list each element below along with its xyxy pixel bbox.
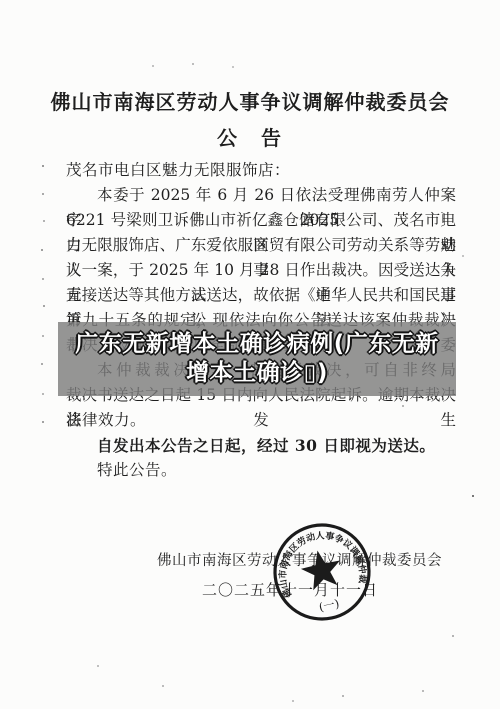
- document-line: 力无限服饰店、广东爱依服商贸有限公司劳动关系等劳动人事争: [66, 233, 456, 258]
- news-headline-line1: 广东无新增本土确诊病例(广东无新: [75, 330, 439, 359]
- notice-title: 公 告: [40, 122, 460, 151]
- news-headline: 广东无新增本土确诊病例(广东无新 增本土确诊▯): [75, 330, 439, 388]
- document-line: 直接送达等其他方式送达，故依据《中华人民共和国民事诉讼法》: [66, 283, 456, 308]
- committee-title: 佛山市南海区劳动人事争议调解仲裁委员会: [40, 86, 460, 115]
- document-line: 本委于 2025 年 6 月 26 日依法受理佛南劳人仲案字〔2025〕: [66, 183, 456, 208]
- notice-body: 茂名市电白区魅力无限服饰店：本委于 2025 年 6 月 26 日依法受理佛南劳…: [66, 158, 456, 483]
- seal-star: [298, 546, 345, 591]
- official-seal: 佛山市南海区劳动人事争议调解仲裁委员会 (一): [257, 507, 387, 637]
- scanned-notice-page: 佛山市南海区劳动人事争议调解仲裁委员会 公 告 茂名市电白区魅力无限服饰店：本委…: [0, 0, 500, 709]
- seal-graphic: 佛山市南海区劳动人事争议调解仲裁委员会 (一): [257, 507, 387, 637]
- document-line: 议一案，于 2025 年 10 月 28 日作出裁决。因受送达人无法通过: [66, 258, 456, 283]
- scan-noise: [42, 165, 44, 167]
- notice-header: 佛山市南海区劳动人事争议调解仲裁委员会 公 告: [40, 86, 460, 151]
- document-line: 自发出本公告之日起，经过 30 日即视为送达。: [66, 433, 456, 458]
- headline-overlay-band: 广东无新增本土确诊病例(广东无新 增本土确诊▯): [58, 322, 456, 396]
- document-line: 6221 号梁则卫诉佛山市祈亿鑫仓储有限公司、茂名市电白区魅: [66, 208, 456, 233]
- document-line: 茂名市电白区魅力无限服饰店：: [66, 158, 456, 183]
- document-line: 特此公告。: [66, 458, 456, 483]
- news-headline-line2: 增本土确诊▯): [75, 359, 439, 388]
- seal-ring-text: 佛山市南海区劳动人事争议调解仲裁委员会: [257, 507, 372, 605]
- seal-number: (一): [318, 596, 341, 614]
